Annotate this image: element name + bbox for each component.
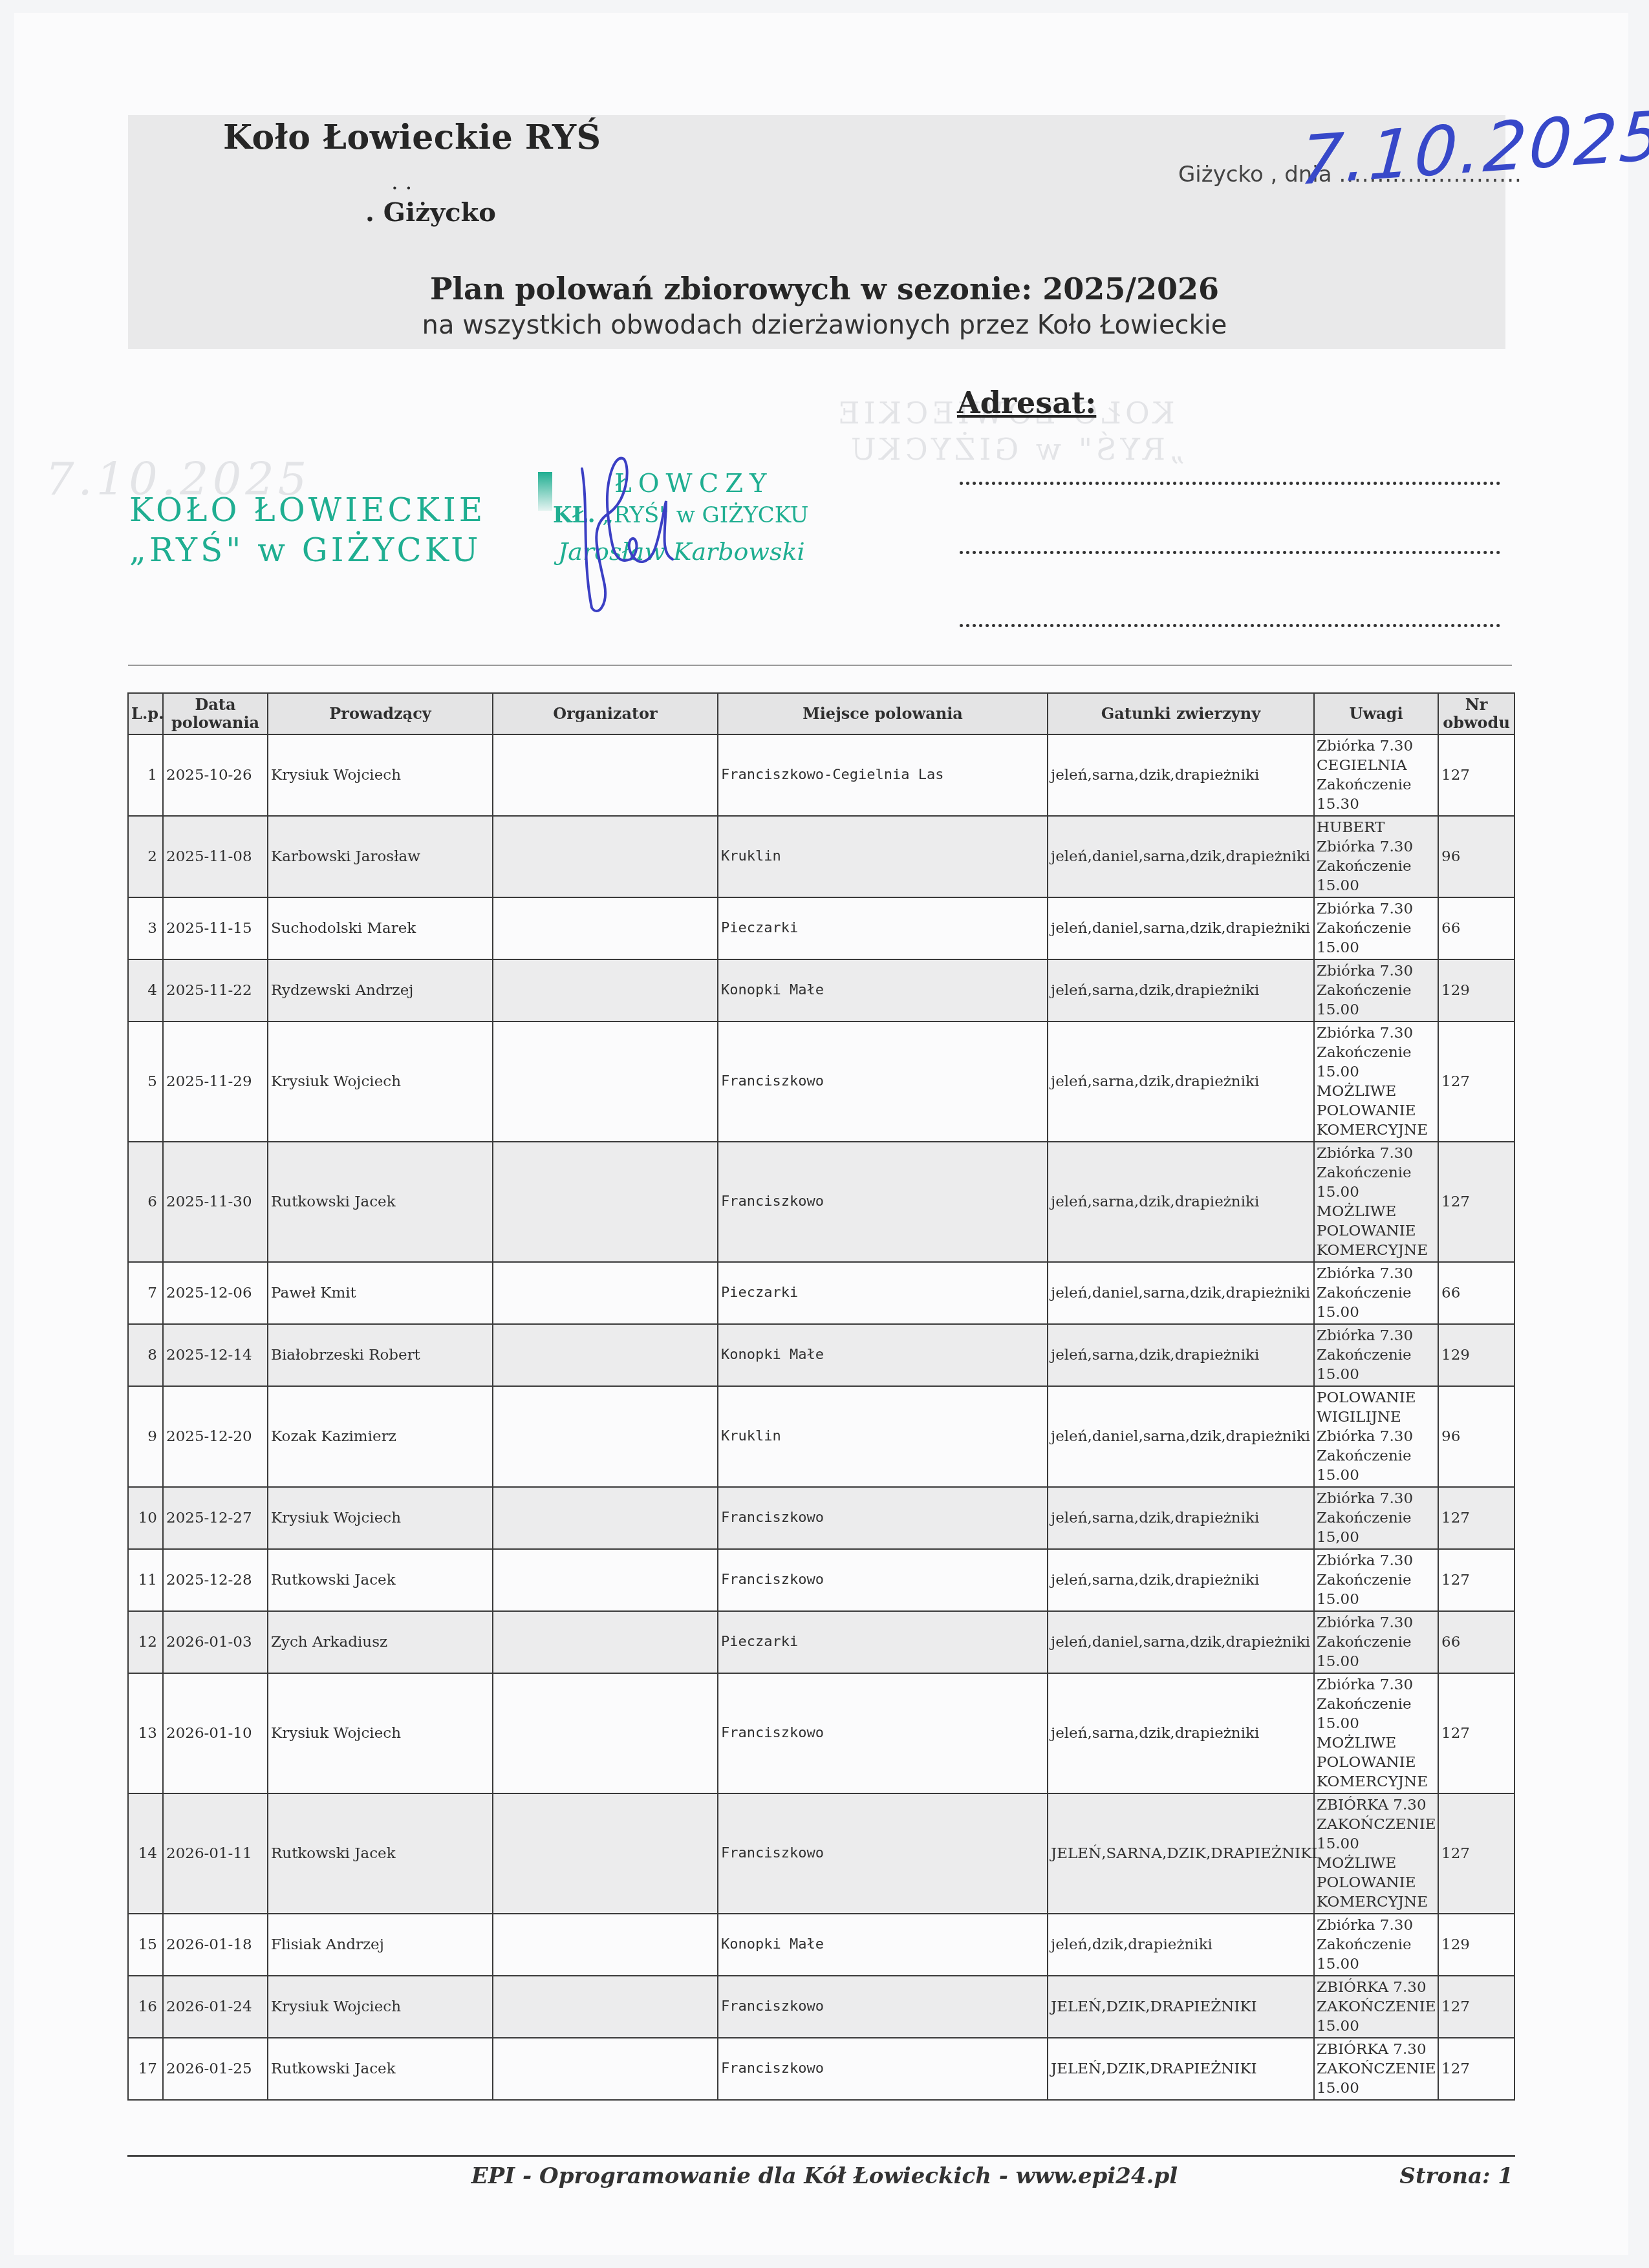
- table-row: 112025-12-28Rutkowski JacekFranciszkowoj…: [128, 1549, 1514, 1611]
- hunt-date: 2025-12-20: [163, 1386, 268, 1487]
- hunt-notes: ZBIÓRKA 7.30 ZAKOŃCZENIE 15.00 MOŻLIWE P…: [1314, 1793, 1438, 1914]
- hunt-location: Konopki Małe: [718, 1324, 1048, 1386]
- game-species: jeleń,daniel,sarna,dzik,drapieżniki: [1048, 897, 1314, 959]
- hunt-date: 2025-10-26: [163, 734, 268, 816]
- hunt-organizer: [493, 1611, 718, 1673]
- game-species: jeleń,daniel,sarna,dzik,drapieżniki: [1048, 816, 1314, 897]
- hunt-notes: Zbiórka 7.30 Zakończenie 15.00: [1314, 959, 1438, 1022]
- game-species: jeleń,sarna,dzik,drapieżniki: [1048, 1487, 1314, 1549]
- hunt-leader: Rutkowski Jacek: [268, 1549, 493, 1611]
- hunt-organizer: [493, 959, 718, 1022]
- divider: [128, 665, 1512, 666]
- hunt-notes: HUBERT Zbiórka 7.30 Zakończenie 15.00: [1314, 816, 1438, 897]
- table-row: 72025-12-06Paweł KmitPieczarkijeleń,dani…: [128, 1262, 1514, 1324]
- row-number: 17: [128, 2038, 163, 2100]
- hunt-organizer: [493, 1976, 718, 2038]
- column-header: Nr obwodu: [1438, 693, 1514, 734]
- game-species: jeleń,dzik,drapieżniki: [1048, 1914, 1314, 1976]
- hunting-area-number: 66: [1438, 1611, 1514, 1673]
- hunt-leader: Zych Arkadiusz: [268, 1611, 493, 1673]
- column-header: Gatunki zwierzyny: [1048, 693, 1314, 734]
- table-row: 62025-11-30Rutkowski JacekFranciszkowoje…: [128, 1142, 1514, 1262]
- hunt-leader: Krysiuk Wojciech: [268, 1487, 493, 1549]
- addressee-line-2[interactable]: [960, 551, 1500, 554]
- hunt-organizer: [493, 1549, 718, 1611]
- hunt-notes: ZBIÓRKA 7.30 ZAKOŃCZENIE 15.00: [1314, 1976, 1438, 2038]
- hunt-notes: Zbiórka 7.30 Zakończenie 15.00 MOŻLIWE P…: [1314, 1142, 1438, 1262]
- row-number: 8: [128, 1324, 163, 1386]
- ghost-imprint: „RYŚ" w GIŻYCKU: [847, 432, 1185, 467]
- hunt-leader: Białobrzeski Robert: [268, 1324, 493, 1386]
- row-number: 11: [128, 1549, 163, 1611]
- table-row: 32025-11-15Suchodolski MarekPieczarkijel…: [128, 897, 1514, 959]
- table-row: 142026-01-11Rutkowski JacekFranciszkowoJ…: [128, 1793, 1514, 1914]
- club-city: . Giżycko: [365, 197, 496, 228]
- row-number: 14: [128, 1793, 163, 1914]
- hunting-area-number: 127: [1438, 734, 1514, 816]
- hunt-notes: Zbiórka 7.30 Zakończenie 15.00: [1314, 1262, 1438, 1324]
- hunting-area-number: 127: [1438, 1673, 1514, 1793]
- row-number: 9: [128, 1386, 163, 1487]
- hunt-date: 2026-01-25: [163, 2038, 268, 2100]
- game-species: JELEŃ,DZIK,DRAPIEŻNIKI: [1048, 2038, 1314, 2100]
- hunt-leader: Flisiak Andrzej: [268, 1914, 493, 1976]
- hunt-organizer: [493, 1386, 718, 1487]
- hunting-area-number: 129: [1438, 1914, 1514, 1976]
- hunt-organizer: [493, 1914, 718, 1976]
- hunt-date: 2026-01-10: [163, 1673, 268, 1793]
- row-number: 7: [128, 1262, 163, 1324]
- hunt-notes: Zbiórka 7.30 Zakończenie 15.00: [1314, 1549, 1438, 1611]
- hunting-area-number: 127: [1438, 1549, 1514, 1611]
- game-species: jeleń,daniel,sarna,dzik,drapieżniki: [1048, 1262, 1314, 1324]
- table-row: 22025-11-08Karbowski JarosławKruklinjele…: [128, 816, 1514, 897]
- game-species: JELEŃ,SARNA,DZIK,DRAPIEŻNIKI: [1048, 1793, 1314, 1914]
- column-header: Prowadzący: [268, 693, 493, 734]
- hunt-notes: Zbiórka 7.30 Zakończenie 15,00: [1314, 1487, 1438, 1549]
- addressee-line-3[interactable]: [960, 624, 1500, 627]
- hunting-area-number: 66: [1438, 897, 1514, 959]
- addressee-label: Adresat:: [957, 385, 1096, 420]
- hunt-organizer: [493, 1487, 718, 1549]
- game-species: jeleń,sarna,dzik,drapieżniki: [1048, 959, 1314, 1022]
- hunt-leader: Rutkowski Jacek: [268, 1142, 493, 1262]
- table-row: 52025-11-29Krysiuk WojciechFranciszkowoj…: [128, 1022, 1514, 1142]
- hunt-notes: Zbiórka 7.30 Zakończenie 15.00: [1314, 1914, 1438, 1976]
- hunting-area-number: 96: [1438, 1386, 1514, 1487]
- hunt-organizer: [493, 816, 718, 897]
- hunt-location: Franciszkowo: [718, 2038, 1048, 2100]
- hunt-notes: Zbiórka 7.30 CEGIELNIA Zakończenie 15.30: [1314, 734, 1438, 816]
- hunt-leader: Suchodolski Marek: [268, 897, 493, 959]
- document-subtitle: na wszystkich obwodach dzierżawionych pr…: [0, 310, 1649, 340]
- hunt-date: 2026-01-24: [163, 1976, 268, 2038]
- hunt-date: 2025-12-14: [163, 1324, 268, 1386]
- hunt-notes: Zbiórka 7.30 Zakończenie 15.00 MOŻLIWE P…: [1314, 1673, 1438, 1793]
- table-header-row: L.p. Data polowania Prowadzący Organizat…: [128, 693, 1514, 734]
- hunt-plan-table: L.p. Data polowania Prowadzący Organizat…: [127, 692, 1515, 2101]
- table-row: 82025-12-14Białobrzeski RobertKonopki Ma…: [128, 1324, 1514, 1386]
- hunt-leader: Krysiuk Wojciech: [268, 1022, 493, 1142]
- hunting-area-number: 127: [1438, 1976, 1514, 2038]
- hunting-area-number: 129: [1438, 1324, 1514, 1386]
- hunt-date: 2025-12-06: [163, 1262, 268, 1324]
- hunt-leader: Karbowski Jarosław: [268, 816, 493, 897]
- hunt-location: Pieczarki: [718, 897, 1048, 959]
- club-stamp: KOŁO ŁOWIECKIE „RYŚ" w GIŻYCKU: [129, 490, 486, 570]
- hunt-notes: Zbiórka 7.30 Zakończenie 15.00 MOŻLIWE P…: [1314, 1022, 1438, 1142]
- row-number: 13: [128, 1673, 163, 1793]
- game-species: jeleń,sarna,dzik,drapieżniki: [1048, 1142, 1314, 1262]
- hunt-date: 2025-11-15: [163, 897, 268, 959]
- footer-divider: [127, 2155, 1515, 2157]
- hunt-organizer: [493, 897, 718, 959]
- table-row: 122026-01-03Zych ArkadiuszPieczarkijeleń…: [128, 1611, 1514, 1673]
- hunt-date: 2025-12-27: [163, 1487, 268, 1549]
- hunt-organizer: [493, 1142, 718, 1262]
- hunt-location: Kruklin: [718, 1386, 1048, 1487]
- hunt-leader: Krysiuk Wojciech: [268, 1673, 493, 1793]
- hunting-area-number: 96: [1438, 816, 1514, 897]
- table-row: 102025-12-27Krysiuk WojciechFranciszkowo…: [128, 1487, 1514, 1549]
- hunt-organizer: [493, 1262, 718, 1324]
- hunt-leader: Rydzewski Andrzej: [268, 959, 493, 1022]
- row-number: 5: [128, 1022, 163, 1142]
- row-number: 10: [128, 1487, 163, 1549]
- game-species: jeleń,sarna,dzik,drapieżniki: [1048, 1549, 1314, 1611]
- row-number: 15: [128, 1914, 163, 1976]
- hunt-location: Franciszkowo-Cegielnia Las: [718, 734, 1048, 816]
- row-number: 1: [128, 734, 163, 816]
- column-header: Data polowania: [163, 693, 268, 734]
- hunt-notes: Zbiórka 7.30 Zakończenie 15.00: [1314, 1324, 1438, 1386]
- page-number: Strona: 1: [1399, 2163, 1513, 2189]
- hunt-location: Pieczarki: [718, 1262, 1048, 1324]
- hunt-leader: Krysiuk Wojciech: [268, 1976, 493, 2038]
- hunt-location: Konopki Małe: [718, 959, 1048, 1022]
- signature-icon: [569, 456, 685, 624]
- row-number: 3: [128, 897, 163, 959]
- hunting-area-number: 129: [1438, 959, 1514, 1022]
- hunt-location: Franciszkowo: [718, 1793, 1048, 1914]
- hunt-location: Franciszkowo: [718, 1022, 1048, 1142]
- column-header: Organizator: [493, 693, 718, 734]
- hunting-area-number: 127: [1438, 1022, 1514, 1142]
- column-header: L.p.: [128, 693, 163, 734]
- hunt-organizer: [493, 2038, 718, 2100]
- hunt-location: Pieczarki: [718, 1611, 1048, 1673]
- row-number: 12: [128, 1611, 163, 1673]
- table-row: 162026-01-24Krysiuk WojciechFranciszkowo…: [128, 1976, 1514, 2038]
- row-number: 2: [128, 816, 163, 897]
- hunt-location: Konopki Małe: [718, 1914, 1048, 1976]
- game-species: jeleń,daniel,sarna,dzik,drapieżniki: [1048, 1386, 1314, 1487]
- hunt-location: Kruklin: [718, 816, 1048, 897]
- column-header: Uwagi: [1314, 693, 1438, 734]
- hunt-date: 2026-01-03: [163, 1611, 268, 1673]
- hunt-leader: Rutkowski Jacek: [268, 1793, 493, 1914]
- game-species: jeleń,sarna,dzik,drapieżniki: [1048, 1673, 1314, 1793]
- column-header: Miejsce polowania: [718, 693, 1048, 734]
- table-row: 42025-11-22Rydzewski AndrzejKonopki Małe…: [128, 959, 1514, 1022]
- addressee-line-1[interactable]: [960, 482, 1500, 485]
- club-stamp-line1: KOŁO ŁOWIECKIE: [129, 490, 486, 530]
- table-row: 172026-01-25Rutkowski JacekFranciszkowoJ…: [128, 2038, 1514, 2100]
- hunt-notes: POLOWANIE WIGILIJNE Zbiórka 7.30 Zakończ…: [1314, 1386, 1438, 1487]
- hunt-date: 2025-11-22: [163, 959, 268, 1022]
- hunt-organizer: [493, 1324, 718, 1386]
- hunt-date: 2026-01-11: [163, 1793, 268, 1914]
- hunting-area-number: 127: [1438, 1793, 1514, 1914]
- row-number: 16: [128, 1976, 163, 2038]
- hunt-date: 2025-11-29: [163, 1022, 268, 1142]
- document-title: Plan polowań zbiorowych w sezonie: 2025/…: [0, 272, 1649, 306]
- table-row: 132026-01-10Krysiuk WojciechFranciszkowo…: [128, 1673, 1514, 1793]
- hunt-date: 2025-12-28: [163, 1549, 268, 1611]
- hunting-area-number: 127: [1438, 1487, 1514, 1549]
- hunt-leader: Krysiuk Wojciech: [268, 734, 493, 816]
- row-number: 4: [128, 959, 163, 1022]
- hunt-location: Franciszkowo: [718, 1487, 1048, 1549]
- row-number: 6: [128, 1142, 163, 1262]
- hunt-organizer: [493, 1793, 718, 1914]
- hunt-date: 2026-01-18: [163, 1914, 268, 1976]
- hunt-date: 2025-11-30: [163, 1142, 268, 1262]
- table-row: 92025-12-20Kozak KazimierzKruklinjeleń,d…: [128, 1386, 1514, 1487]
- hunt-organizer: [493, 1673, 718, 1793]
- game-species: jeleń,daniel,sarna,dzik,drapieżniki: [1048, 1611, 1314, 1673]
- hunt-location: Franciszkowo: [718, 1673, 1048, 1793]
- stamp-mark: [538, 472, 552, 511]
- hunt-organizer: [493, 734, 718, 816]
- hunt-notes: Zbiórka 7.30 Zakończenie 15.00: [1314, 1611, 1438, 1673]
- hunt-date: 2025-11-08: [163, 816, 268, 897]
- game-species: jeleń,sarna,dzik,drapieżniki: [1048, 734, 1314, 816]
- hunting-area-number: 66: [1438, 1262, 1514, 1324]
- game-species: jeleń,sarna,dzik,drapieżniki: [1048, 1022, 1314, 1142]
- club-address-placeholder: . .: [391, 169, 412, 195]
- hunting-area-number: 127: [1438, 1142, 1514, 1262]
- hunt-location: Franciszkowo: [718, 1976, 1048, 2038]
- hunt-notes: ZBIÓRKA 7.30 ZAKOŃCZENIE 15.00: [1314, 2038, 1438, 2100]
- hunt-leader: Rutkowski Jacek: [268, 2038, 493, 2100]
- hunt-notes: Zbiórka 7.30 Zakończenie 15.00: [1314, 897, 1438, 959]
- hunt-location: Franciszkowo: [718, 1549, 1048, 1611]
- hunt-leader: Kozak Kazimierz: [268, 1386, 493, 1487]
- game-species: jeleń,sarna,dzik,drapieżniki: [1048, 1324, 1314, 1386]
- hunt-location: Franciszkowo: [718, 1142, 1048, 1262]
- table-row: 12025-10-26Krysiuk WojciechFranciszkowo-…: [128, 734, 1514, 816]
- table-row: 152026-01-18Flisiak AndrzejKonopki Małej…: [128, 1914, 1514, 1976]
- hunting-area-number: 127: [1438, 2038, 1514, 2100]
- club-stamp-line2: „RYŚ" w GIŻYCKU: [129, 530, 486, 570]
- club-name: Koło Łowieckie RYŚ: [223, 118, 601, 157]
- hunt-leader: Paweł Kmit: [268, 1262, 493, 1324]
- game-species: JELEŃ,DZIK,DRAPIEŻNIKI: [1048, 1976, 1314, 2038]
- hunt-organizer: [493, 1022, 718, 1142]
